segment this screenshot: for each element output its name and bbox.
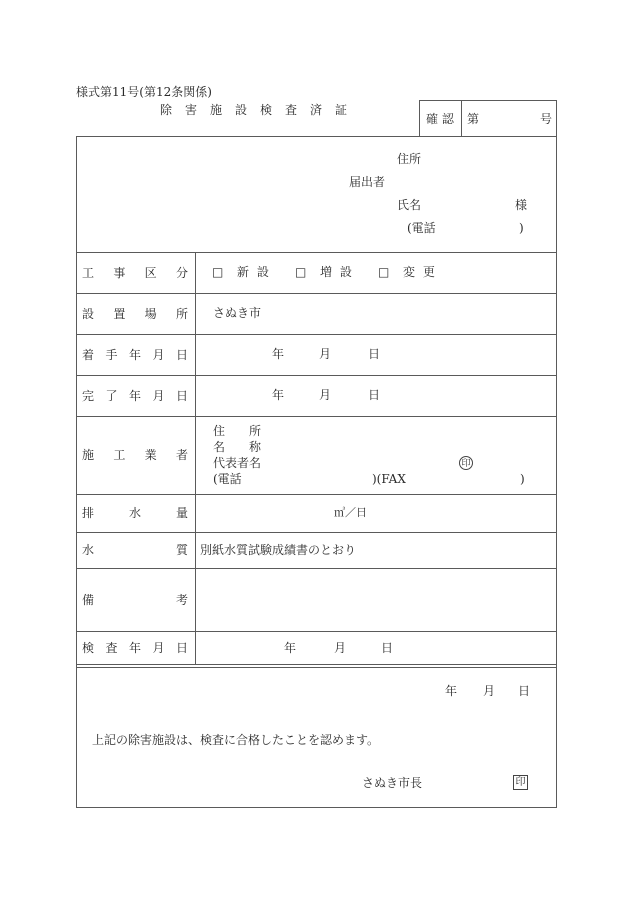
option-extension-label: 増 設 [320, 265, 354, 279]
label-discharge-volume: 排 水 量 [76, 494, 195, 532]
certification-year: 年 [445, 684, 457, 698]
label-column-divider [195, 252, 196, 665]
completion-date-month: 月 [319, 388, 331, 402]
certification-month: 月 [483, 684, 495, 698]
contractor-fax-open: )(FAX [372, 472, 406, 486]
water-quality-value: 別紙水質試験成績書のとおり [200, 543, 356, 557]
form-number: 様式第11号(第12条関係) [76, 85, 212, 99]
contractor-phone-open: (電話 [213, 472, 242, 486]
checkbox-new: □ [212, 265, 223, 279]
applicant-address-label: 住所 [397, 152, 421, 166]
label-remarks: 備 考 [76, 568, 195, 631]
certification-day: 日 [518, 684, 530, 698]
discharge-volume-unit: ㎥／日 [334, 506, 367, 520]
label-completion-date: 完 了 年 月 日 [76, 375, 195, 416]
issuer-name: さぬき市長 [362, 776, 422, 790]
label-contractor: 施 工 業 者 [76, 416, 195, 494]
option-new-label: 新 設 [237, 265, 271, 279]
checkbox-extension: □ [295, 265, 306, 279]
contractor-name-label: 名 称 [213, 440, 261, 454]
inspection-date-year: 年 [284, 641, 296, 655]
checkbox-change: □ [378, 265, 389, 279]
label-construction-type: 工 事 区 分 [76, 252, 195, 293]
certification-statement: 上記の除害施設は、検査に合格したことを認めます。 [92, 733, 379, 747]
applicant-honorific: 様 [515, 198, 527, 212]
start-date-year: 年 [272, 347, 284, 361]
start-date-month: 月 [319, 347, 331, 361]
label-inspection-date: 検 査 年 月 日 [76, 631, 195, 665]
applicant-name-label: 氏名 [397, 198, 421, 212]
confirmation-label: 確 認 [426, 112, 454, 126]
document-page: 様式第11号(第12条関係) 除害施設検査済証 確 認 第 号 住所 届出者 氏… [0, 0, 630, 915]
number-prefix: 第 [467, 112, 479, 126]
label-start-date: 着 手 年 月 日 [76, 334, 195, 375]
seal-square-icon: 印 [513, 775, 528, 790]
inspection-date-day: 日 [381, 641, 393, 655]
number-suffix: 号 [540, 112, 552, 126]
completion-date-day: 日 [368, 388, 380, 402]
contractor-address-label: 住 所 [213, 424, 261, 438]
label-location: 設 置 場 所 [76, 293, 195, 334]
completion-date-year: 年 [272, 388, 284, 402]
contractor-close: ) [520, 472, 525, 486]
start-date-day: 日 [368, 347, 380, 361]
label-water-quality: 水 質 [76, 532, 195, 568]
option-change-label: 変 更 [403, 265, 437, 279]
document-title: 除害施設検査済証 [160, 103, 360, 117]
applicant-phone-open: (電話 [407, 221, 436, 235]
inspection-date-month: 月 [334, 641, 346, 655]
seal-circle-icon: 印 [459, 456, 473, 470]
contractor-representative-label: 代表者名 [213, 456, 261, 470]
confirmation-divider [461, 100, 462, 137]
applicant-notifier-label: 届出者 [349, 175, 385, 189]
applicant-phone-close: ) [519, 221, 524, 235]
location-value: さぬき市 [213, 306, 261, 320]
